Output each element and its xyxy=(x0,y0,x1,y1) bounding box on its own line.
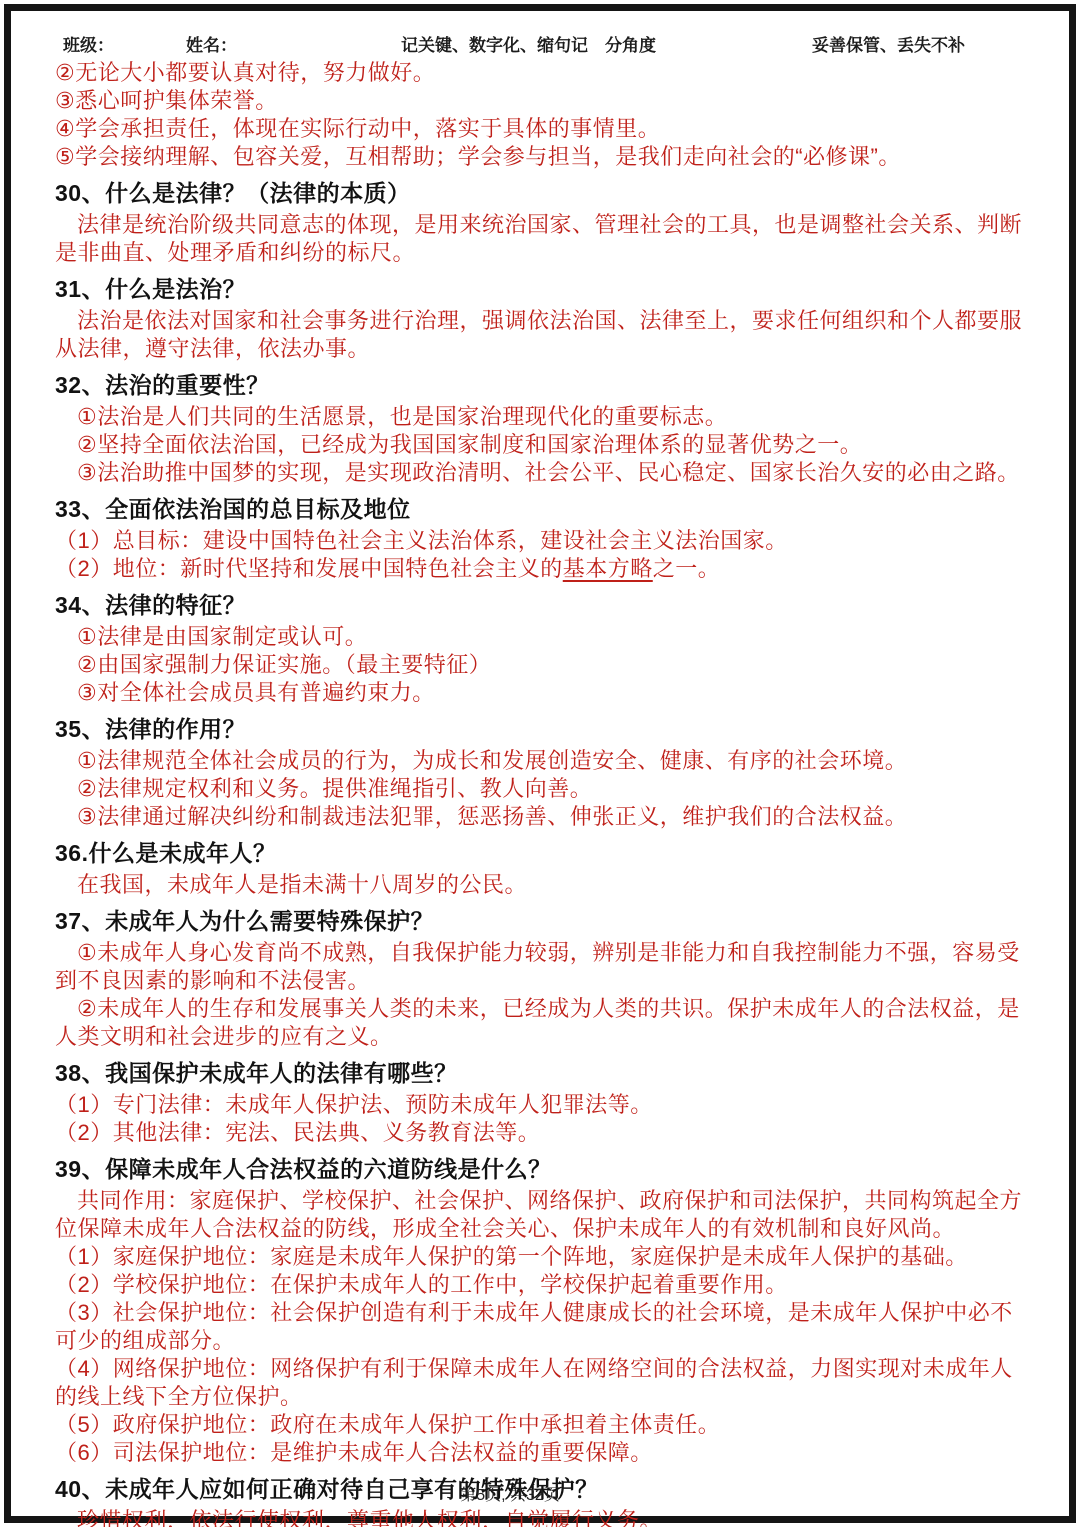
section-q39: 39、保障未成年人合法权益的六道防线是什么？ 共同作用：家庭保护、学校保护、社会… xyxy=(55,1154,1031,1467)
section-heading: 30、什么是法律？（法律的本质） xyxy=(55,178,1031,208)
intro-line: ③悉心呵护集体荣誉。 xyxy=(55,87,1031,115)
answer-line: ①法律规范全体社会成员的行为，为成长和发展创造安全、健康、有序的社会环境。 xyxy=(55,747,1031,775)
intro-line: ②无论大小都要认真对待，努力做好。 xyxy=(55,59,1031,87)
answer-line: ②未成年人的生存和发展事关人类的未来，已经成为人类的共识。保护未成年人的合法权益… xyxy=(55,995,1031,1051)
section-heading: 39、保障未成年人合法权益的六道防线是什么？ xyxy=(55,1154,1031,1184)
answer-line: 珍惜权利，依法行使权利，尊重他人权利，自觉履行义务。 xyxy=(55,1507,1031,1527)
keep-safe-note: 妥善保管、丢失不补 xyxy=(812,31,965,56)
section-heading: 34、法律的特征？ xyxy=(55,590,1031,620)
section-heading: 38、我国保护未成年人的法律有哪些？ xyxy=(55,1058,1031,1088)
underlined-term: 基本方略 xyxy=(563,556,653,581)
answer-line: （1）总目标：建设中国特色社会主义法治体系，建设社会主义法治国家。 xyxy=(55,527,1031,555)
answer-line: ②坚持全面依法治国，已经成为我国国家制度和国家治理体系的显著优势之一。 xyxy=(55,431,1031,459)
section-q32: 32、法治的重要性？ ①法治是人们共同的生活愿景，也是国家治理现代化的重要标志。… xyxy=(55,370,1031,487)
answer-line: ③法治助推中国梦的实现，是实现政治清明、社会公平、民心稳定、国家长治久安的必由之… xyxy=(55,459,1031,487)
answer-line: （2）其他法律：宪法、民法典、义务教育法等。 xyxy=(55,1119,1031,1147)
answer-line: ②法律规定权利和义务。提供准绳指引、教人向善。 xyxy=(55,775,1031,803)
notes-page: 班级： 姓名： 记关键、数字化、缩句记 分角度 妥善保管、丢失不补 ②无论大小都… xyxy=(0,0,1080,1527)
name-label: 姓名： xyxy=(186,31,237,56)
section-heading: 36.什么是未成年人？ xyxy=(55,838,1031,868)
answer-line: （5）政府保护地位：政府在未成年人保护工作中承担着主体责任。 xyxy=(55,1411,1031,1439)
page-footer: 第5页, 共32页 xyxy=(0,1482,1020,1505)
section-q31: 31、什么是法治？ 法治是依法对国家和社会事务进行治理，强调依法治国、法律至上，… xyxy=(55,274,1031,363)
answer-text: （2）地位：新时代坚持和发展中国特色社会主义的 xyxy=(55,556,563,581)
answer-line: ①未成年人身心发育尚不成熟，自我保护能力较弱，辨别是非能力和自我控制能力不强，容… xyxy=(55,939,1031,995)
answer-line: 共同作用：家庭保护、学校保护、社会保护、网络保护、政府保护和司法保护，共同构筑起… xyxy=(55,1187,1031,1243)
answer-line-underlined: （2）地位：新时代坚持和发展中国特色社会主义的基本方略之一。 xyxy=(55,555,1031,583)
intro-line: ⑤学会接纳理解、包容关爱，互相帮助；学会参与担当，是我们走向社会的“必修课”。 xyxy=(55,143,1031,171)
section-heading: 33、全面依法治国的总目标及地位 xyxy=(55,494,1031,524)
section-heading: 31、什么是法治？ xyxy=(55,274,1031,304)
section-q35: 35、法律的作用？ ①法律规范全体社会成员的行为，为成长和发展创造安全、健康、有… xyxy=(55,714,1031,831)
section-q34: 34、法律的特征？ ①法律是由国家制定或认可。 ②由国家强制力保证实施。（最主要… xyxy=(55,590,1031,707)
answer-line: （6）司法保护地位：是维护未成年人合法权益的重要保障。 xyxy=(55,1439,1031,1467)
answer-line: 在我国，未成年人是指未满十八周岁的公民。 xyxy=(55,871,1031,899)
answer-line: ①法治是人们共同的生活愿景，也是国家治理现代化的重要标志。 xyxy=(55,403,1031,431)
answer-line: ③法律通过解决纠纷和制裁违法犯罪，惩恶扬善、伸张正义，维护我们的合法权益。 xyxy=(55,803,1031,831)
answer-line: 法律是统治阶级共同意志的体现，是用来统治国家、管理社会的工具，也是调整社会关系、… xyxy=(55,211,1031,267)
section-q37: 37、未成年人为什么需要特殊保护？ ①未成年人身心发育尚不成熟，自我保护能力较弱… xyxy=(55,906,1031,1051)
section-q36: 36.什么是未成年人？ 在我国，未成年人是指未满十八周岁的公民。 xyxy=(55,838,1031,899)
answer-line: （3）社会保护地位：社会保护创造有利于未成年人健康成长的社会环境，是未成年人保护… xyxy=(55,1299,1031,1355)
answer-line: ③对全体社会成员具有普遍约束力。 xyxy=(55,679,1031,707)
intro-list: ②无论大小都要认真对待，努力做好。 ③悉心呵护集体荣誉。 ④学会承担责任，体现在… xyxy=(55,59,1031,171)
class-label: 班级： xyxy=(63,31,114,56)
answer-line: 法治是依法对国家和社会事务进行治理，强调依法治国、法律至上，要求任何组织和个人都… xyxy=(55,307,1031,363)
memo-method-note: 记关键、数字化、缩句记 分角度 xyxy=(401,31,656,56)
page-content: 班级： 姓名： 记关键、数字化、缩句记 分角度 妥善保管、丢失不补 ②无论大小都… xyxy=(11,11,1069,1516)
section-heading: 35、法律的作用？ xyxy=(55,714,1031,744)
section-heading: 32、法治的重要性？ xyxy=(55,370,1031,400)
section-q38: 38、我国保护未成年人的法律有哪些？ （1）专门法律：未成年人保护法、预防未成年… xyxy=(55,1058,1031,1147)
answer-line: （2）学校保护地位：在保护未成年人的工作中，学校保护起着重要作用。 xyxy=(55,1271,1031,1299)
section-q30: 30、什么是法律？（法律的本质） 法律是统治阶级共同意志的体现，是用来统治国家、… xyxy=(55,178,1031,267)
section-q33: 33、全面依法治国的总目标及地位 （1）总目标：建设中国特色社会主义法治体系，建… xyxy=(55,494,1031,583)
section-heading: 37、未成年人为什么需要特殊保护？ xyxy=(55,906,1031,936)
answer-line: （1）家庭保护地位：家庭是未成年人保护的第一个阵地，家庭保护是未成年人保护的基础… xyxy=(55,1243,1031,1271)
answer-line: （1）专门法律：未成年人保护法、预防未成年人犯罪法等。 xyxy=(55,1091,1031,1119)
answer-line: ①法律是由国家制定或认可。 xyxy=(55,623,1031,651)
answer-text: 之一。 xyxy=(653,556,721,581)
answer-line: （4）网络保护地位：网络保护有利于保障未成年人在网络空间的合法权益，力图实现对未… xyxy=(55,1355,1031,1411)
page-header: 班级： 姓名： 记关键、数字化、缩句记 分角度 妥善保管、丢失不补 xyxy=(55,25,1031,59)
answer-line: ②由国家强制力保证实施。（最主要特征） xyxy=(55,651,1031,679)
intro-line: ④学会承担责任，体现在实际行动中，落实于具体的事情里。 xyxy=(55,115,1031,143)
